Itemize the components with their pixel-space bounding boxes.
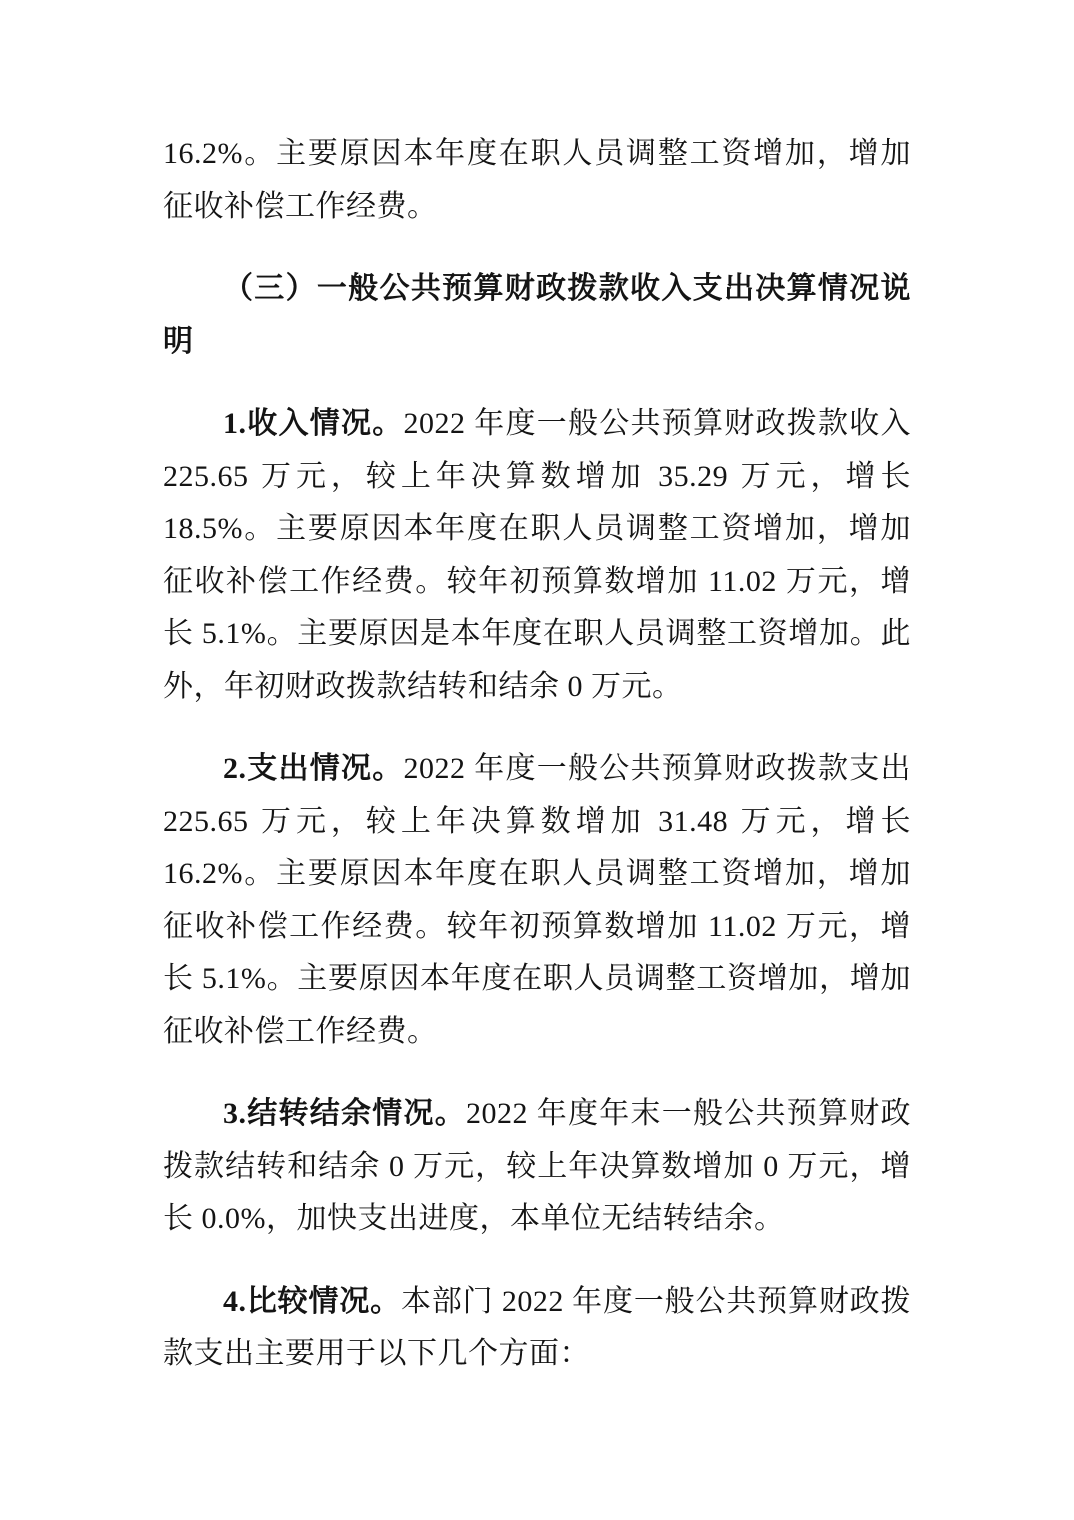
paragraph-body-expense: 2022 年度一般公共预算财政拨款支出 225.65 万元，较上年决算数增加 3… [163,752,911,1048]
paragraph-lead-comparison: 4.比较情况。 [223,1285,401,1318]
paragraph-comparison-situation: 4.比较情况。本部门 2022 年度一般公共预算财政拨款支出主要用于以下几个方面… [163,1276,911,1381]
paragraph-lead-carryover: 3.结转结余情况。 [223,1097,466,1130]
paragraph-lead-expense: 2.支出情况。 [223,752,404,785]
document-page: 16.2%。主要原因本年度在职人员调整工资增加，增加征收补偿工作经费。 （三）一… [0,0,1074,1520]
paragraph-carryover-situation: 3.结转结余情况。2022 年度年末一般公共预算财政拨款结转和结余 0 万元，较… [163,1088,911,1246]
paragraph-income-situation: 1.收入情况。2022 年度一般公共预算财政拨款收入 225.65 万元，较上年… [163,398,911,713]
paragraph-body-income: 2022 年度一般公共预算财政拨款收入 225.65 万元，较上年决算数增加 3… [163,407,911,703]
paragraph-lead-income: 1.收入情况。 [223,407,404,440]
section-heading-general-public-budget: （三）一般公共预算财政拨款收入支出决算情况说明 [163,263,911,368]
paragraph-expense-situation: 2.支出情况。2022 年度一般公共预算财政拨款支出 225.65 万元，较上年… [163,743,911,1058]
paragraph-continued-expense-reason: 16.2%。主要原因本年度在职人员调整工资增加，增加征收补偿工作经费。 [163,128,911,233]
